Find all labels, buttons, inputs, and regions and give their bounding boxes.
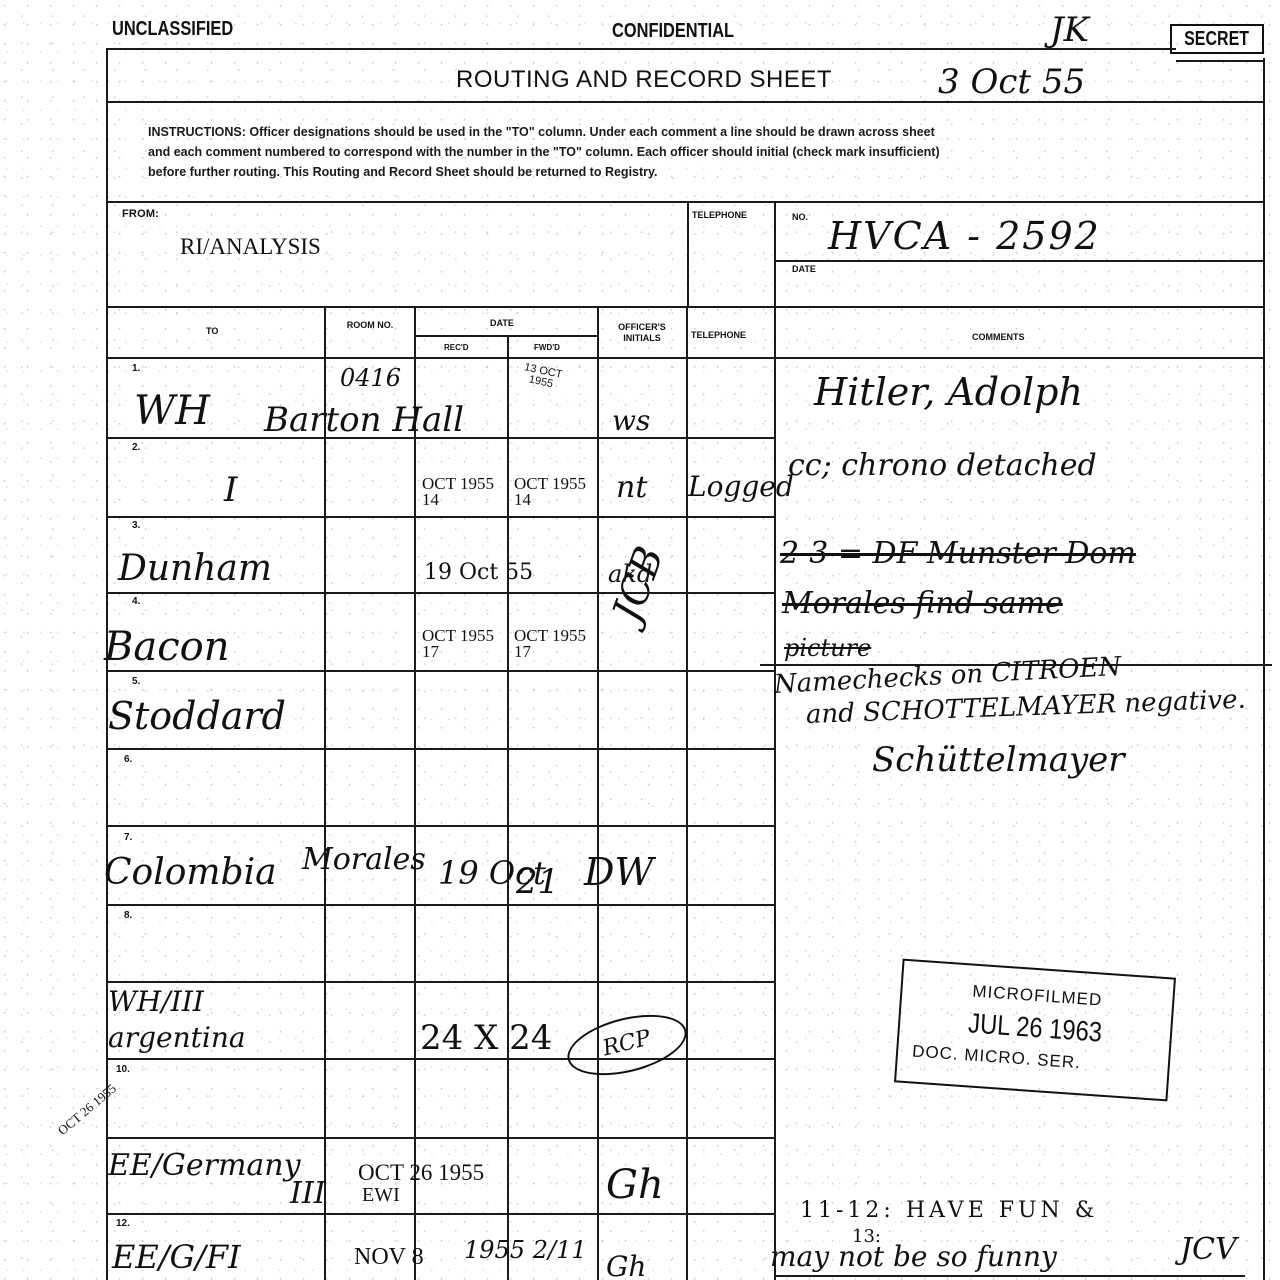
header-divider xyxy=(106,357,1265,359)
row11-room: III xyxy=(290,1176,326,1211)
row12-fwdd: 1955 2/11 xyxy=(464,1236,587,1264)
row12-to: EE/G/FI xyxy=(112,1238,241,1276)
classification-unclassified: UNCLASSIFIED xyxy=(112,18,233,41)
header-recd: REC'D xyxy=(444,343,469,352)
instructions-label: INSTRUCTIONS: xyxy=(148,125,246,139)
from-tel-divider xyxy=(687,201,689,306)
instructions-line-2: and each comment numbered to correspond … xyxy=(148,142,1248,162)
row9-recd: 24 X 24 xyxy=(420,1018,552,1058)
tel-no-divider xyxy=(774,201,776,1280)
comment-schuttelmayer: Schüttelmayer xyxy=(872,740,1125,780)
form-title: ROUTING AND RECORD SHEET xyxy=(456,66,832,94)
no-label: NO. xyxy=(792,212,808,222)
instructions-divider xyxy=(106,201,1265,203)
handwritten-date: 3 Oct 55 xyxy=(938,62,1085,102)
classification-confidential: CONFIDENTIAL xyxy=(612,20,734,43)
col-initials-tel xyxy=(686,306,688,1280)
row12-recd: NOV 8 xyxy=(354,1244,424,1271)
row11-initials: Gh xyxy=(606,1162,664,1208)
header-fwdd: FWD'D xyxy=(534,343,560,352)
col-to-room xyxy=(324,306,326,1280)
from-value: RI/ANALYSIS xyxy=(180,234,321,260)
margin-date-stamp: OCT 26 1955 xyxy=(56,1077,125,1138)
row-num-10: 10. xyxy=(116,1064,130,1075)
row11-to: EE/Germany xyxy=(108,1150,278,1182)
comment-hitler: Hitler, Adolph xyxy=(814,370,1083,414)
instructions-line-3: before further routing. This Routing and… xyxy=(148,162,1248,182)
comment-struck-2: Morales find same xyxy=(782,586,1063,621)
row7-room: Morales xyxy=(302,842,426,877)
row-num-4: 4. xyxy=(132,596,140,607)
classification-secret: SECRET xyxy=(1170,24,1264,54)
row-num-1: 1. xyxy=(132,363,140,374)
row-divider-7 xyxy=(106,904,774,906)
col-fwdd-initials xyxy=(597,306,599,1280)
date-subdivider xyxy=(414,335,598,337)
comment-not-funny: may not be so funny xyxy=(770,1240,1057,1273)
row2-initials: nt xyxy=(616,470,647,505)
row-divider-6 xyxy=(106,825,774,827)
row-divider-3 xyxy=(106,592,774,594)
row4-fwdd: OCT 1955 17 xyxy=(514,628,594,660)
row-divider-2 xyxy=(106,516,774,518)
row4-to: Bacon xyxy=(104,624,230,670)
row-divider-5 xyxy=(106,748,774,750)
row-num-8: 8. xyxy=(124,910,132,921)
header-telephone: TELEPHONE xyxy=(691,330,746,340)
row2-fwdd: OCT 1955 14 xyxy=(514,476,594,508)
row2-to: I xyxy=(224,470,237,510)
no-date-divider xyxy=(774,260,1265,262)
row11-recd: OCT 26 1955 xyxy=(358,1160,484,1186)
row4-recd: OCT 1955 17 xyxy=(422,628,502,660)
comment-initials: JCV xyxy=(1180,1232,1237,1267)
row1-initials: ws xyxy=(612,404,650,437)
comment-divider-bottom xyxy=(775,1275,1245,1277)
from-label: FROM: xyxy=(122,208,159,220)
row7-fwdd: 21 xyxy=(516,862,559,902)
row-num-7: 7. xyxy=(124,832,132,843)
frame-right xyxy=(1263,58,1265,1280)
header-comments: COMMENTS xyxy=(972,332,1025,342)
row1-to-extra: Barton Hall xyxy=(264,400,464,440)
header-date: DATE xyxy=(490,318,514,328)
row4-initials: JCB xyxy=(604,541,673,628)
row-divider-8 xyxy=(106,981,774,983)
comment-have-fun: 11-12: HAVE FUN & xyxy=(800,1198,1098,1223)
microfilmed-stamp: MICROFILMED JUL 26 1963 DOC. MICRO. SER. xyxy=(894,959,1176,1102)
header-room: ROOM NO. xyxy=(344,320,396,331)
row2-recd: OCT 1955 14 xyxy=(422,476,502,508)
row-divider-11 xyxy=(106,1213,774,1215)
top-initials: JK xyxy=(1050,10,1089,50)
from-telephone-label: TELEPHONE xyxy=(692,210,747,220)
comment-chrono: cc; chrono detached xyxy=(788,448,1097,483)
instructions-text-1: Officer designations should be used in t… xyxy=(249,125,934,139)
row1-room: 0416 xyxy=(340,364,401,392)
date-label: DATE xyxy=(792,264,816,274)
secret-label: SECRET xyxy=(1185,26,1250,52)
row-num-5: 5. xyxy=(132,676,140,687)
row9-initials-oval: RCP xyxy=(561,1004,692,1086)
instructions-block: INSTRUCTIONS: Officer designations shoul… xyxy=(148,122,1248,182)
row9-initials: RCP xyxy=(564,1006,690,1081)
col-room-recd xyxy=(414,306,416,1280)
row7-initials: DW xyxy=(584,850,654,894)
row3-to: Dunham xyxy=(118,548,272,589)
row-divider-10 xyxy=(106,1137,774,1139)
header-initials: OFFICER'S INITIALS xyxy=(602,322,682,344)
row-num-3: 3. xyxy=(132,520,140,531)
comment-struck-3: picture xyxy=(784,634,871,662)
row1-to: WH xyxy=(134,388,210,434)
instructions-line-1: INSTRUCTIONS: Officer designations shoul… xyxy=(148,122,1248,142)
row-divider-4 xyxy=(106,670,774,672)
row-divider-9 xyxy=(106,1058,774,1060)
row12-initials: Gh xyxy=(606,1250,646,1280)
row-num-12: 12. xyxy=(116,1218,130,1229)
row-num-6: 6. xyxy=(124,754,132,765)
row2-telephone: Logged xyxy=(688,470,794,503)
comment-struck-1: 2-3 = DF Munster Dom xyxy=(780,536,1136,571)
header-to: TO xyxy=(206,326,218,336)
row1-fwdd: 13 OCT 1955 xyxy=(510,360,573,394)
title-divider xyxy=(106,101,1265,103)
row9-to: WH/III argentina xyxy=(108,984,308,1056)
row7-to: Colombia xyxy=(104,852,277,893)
row3-recd: 19 Oct 55 xyxy=(424,560,533,585)
frame-top xyxy=(106,48,1176,50)
frame-top-right xyxy=(1176,60,1265,62)
row-num-2: 2. xyxy=(132,442,140,453)
row5-to: Stoddard xyxy=(108,694,286,738)
row11-extra: EWI xyxy=(362,1184,400,1207)
no-value: HVCA - 2592 xyxy=(828,214,1101,258)
